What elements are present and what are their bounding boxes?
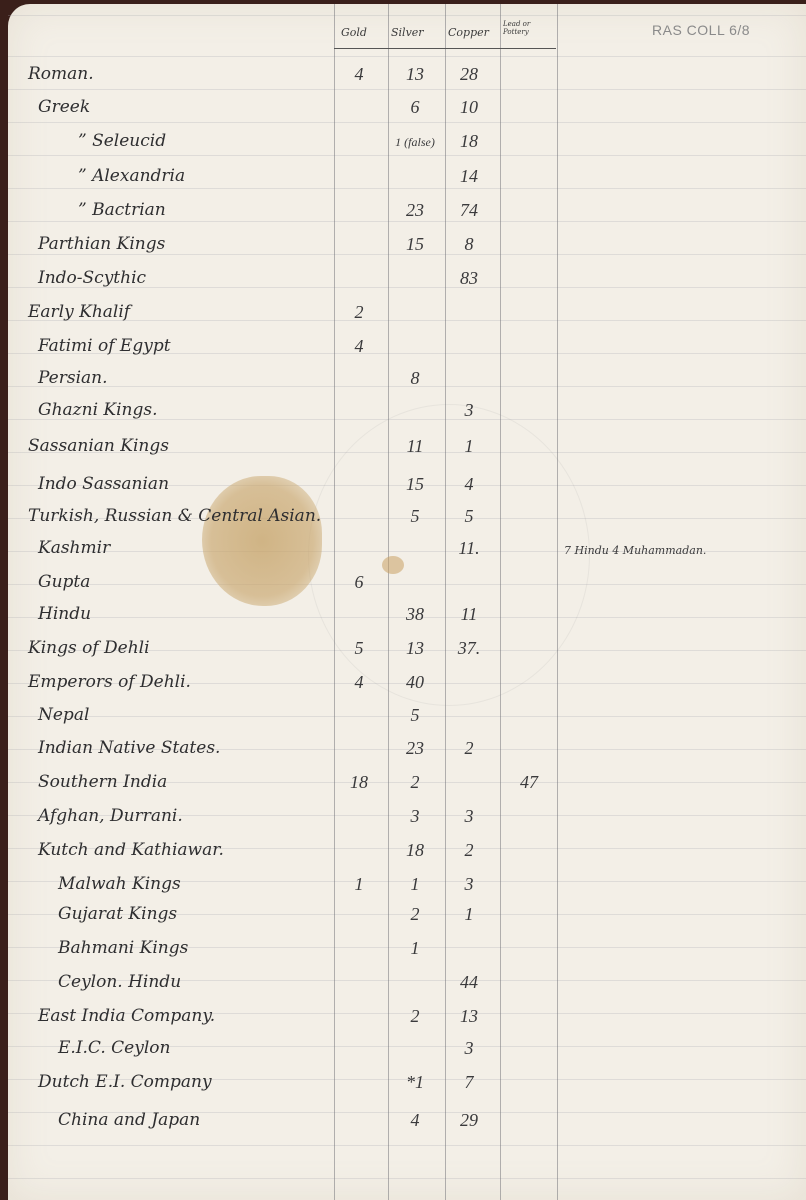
row-label: Nepal xyxy=(38,705,89,725)
cell-copper: 13 xyxy=(444,1006,494,1027)
cell-gold: 1 xyxy=(334,874,384,895)
row-label: ” Bactrian xyxy=(78,200,166,220)
row-label: Indo-Scythic xyxy=(38,268,146,288)
table-row: Kings of Dehli51337. xyxy=(8,638,806,668)
table-row: Emperors of Dehli.440 xyxy=(8,672,806,702)
archive-reference: RAS COLL 6/8 xyxy=(652,22,750,38)
table-row: Roman.41328 xyxy=(8,64,806,94)
cell-copper: 3 xyxy=(444,874,494,895)
table-row: Indo-Scythic83 xyxy=(8,268,806,298)
cell-copper: 3 xyxy=(444,806,494,827)
cell-silver: 5 xyxy=(390,705,440,726)
table-row: Persian.8 xyxy=(8,368,806,398)
cell-silver: 13 xyxy=(390,64,440,85)
manuscript-page: Gold Silver Copper Lead or Pottery RAS C… xyxy=(8,4,806,1200)
row-label: Indian Native States. xyxy=(38,738,220,758)
cell-gold: 6 xyxy=(334,572,384,593)
table-row: Southern India18247 xyxy=(8,772,806,802)
cell-silver: 13 xyxy=(390,638,440,659)
row-label: Ceylon. Hindu xyxy=(58,972,181,992)
column-header-gold: Gold xyxy=(341,26,367,39)
cell-copper: 8 xyxy=(444,234,494,255)
row-label: Kashmir xyxy=(38,538,110,558)
cell-silver: 1 xyxy=(390,938,440,959)
table-row: East India Company.213 xyxy=(8,1006,806,1036)
cell-copper: 37. xyxy=(444,638,494,659)
row-label: Dutch E.I. Company xyxy=(38,1072,212,1092)
table-row: Turkish, Russian & Central Asian.55 xyxy=(8,506,806,536)
cell-copper: 83 xyxy=(444,268,494,289)
cell-copper: 7 xyxy=(444,1072,494,1093)
table-row: Indo Sassanian154 xyxy=(8,474,806,504)
table-row: Sassanian Kings111 xyxy=(8,436,806,466)
cell-copper: 28 xyxy=(444,64,494,85)
row-label: ” Seleucid xyxy=(78,131,166,151)
row-label: E.I.C. Ceylon xyxy=(58,1038,170,1058)
row-label: Fatimi of Egypt xyxy=(38,336,171,356)
row-label: Turkish, Russian & Central Asian. xyxy=(28,506,321,526)
cell-silver: 23 xyxy=(390,200,440,221)
row-label: Greek xyxy=(38,97,90,117)
row-label: Southern India xyxy=(38,772,167,792)
table-row: Gupta6 xyxy=(8,572,806,602)
column-header-silver: Silver xyxy=(391,26,424,39)
cell-copper: 1 xyxy=(444,904,494,925)
column-header-copper: Copper xyxy=(448,26,489,39)
cell-silver: 11 xyxy=(390,436,440,457)
table-row: Ceylon. Hindu44 xyxy=(8,972,806,1002)
table-row: Fatimi of Egypt4 xyxy=(8,336,806,366)
cell-copper: 18 xyxy=(444,131,494,152)
cell-silver: 18 xyxy=(390,840,440,861)
cell-copper: 10 xyxy=(444,97,494,118)
row-label: Indo Sassanian xyxy=(38,474,169,494)
cell-silver: 15 xyxy=(390,234,440,255)
table-row: Early Khalif2 xyxy=(8,302,806,332)
table-row: Ghazni Kings.3 xyxy=(8,400,806,430)
cell-copper: 14 xyxy=(444,166,494,187)
table-row: China and Japan429 xyxy=(8,1110,806,1140)
row-note: 7 Hindu 4 Muhammadan. xyxy=(564,544,706,557)
table-row: E.I.C. Ceylon3 xyxy=(8,1038,806,1068)
cell-copper: 2 xyxy=(444,738,494,759)
cell-gold: 4 xyxy=(334,64,384,85)
table-row: ” Seleucid1 (false)18 xyxy=(8,131,806,161)
table-row: Gujarat Kings21 xyxy=(8,904,806,934)
cell-lead: 47 xyxy=(504,772,554,793)
cell-silver: 15 xyxy=(390,474,440,495)
table-row: ” Bactrian2374 xyxy=(8,200,806,230)
table-row: Indian Native States.232 xyxy=(8,738,806,768)
cell-gold: 18 xyxy=(334,772,384,793)
row-label: Ghazni Kings. xyxy=(38,400,158,420)
cell-gold: 2 xyxy=(334,302,384,323)
row-label: Persian. xyxy=(38,368,108,388)
table-row: ” Alexandria14 xyxy=(8,166,806,196)
row-label: China and Japan xyxy=(58,1110,200,1130)
row-label: Emperors of Dehli. xyxy=(28,672,191,692)
row-label: East India Company. xyxy=(38,1006,215,1026)
table-row: Kashmir11.7 Hindu 4 Muhammadan. xyxy=(8,538,806,568)
row-label: Roman. xyxy=(28,64,94,84)
cell-copper: 5 xyxy=(444,506,494,527)
row-label: Early Khalif xyxy=(28,302,130,322)
row-label: Parthian Kings xyxy=(38,234,165,254)
row-label: Bahmani Kings xyxy=(58,938,188,958)
cell-silver: 2 xyxy=(390,1006,440,1027)
row-label: Gupta xyxy=(38,572,90,592)
cell-copper: 11. xyxy=(444,538,494,559)
cell-copper: 3 xyxy=(444,400,494,421)
row-label: Hindu xyxy=(38,604,91,624)
cell-copper: 11 xyxy=(444,604,494,625)
cell-silver: 38 xyxy=(390,604,440,625)
row-label: Gujarat Kings xyxy=(58,904,177,924)
cell-silver: 4 xyxy=(390,1110,440,1131)
cell-silver: 8 xyxy=(390,368,440,389)
table-row: Dutch E.I. Company*17 xyxy=(8,1072,806,1102)
cell-copper: 44 xyxy=(444,972,494,993)
header-underline xyxy=(334,48,556,49)
cell-copper: 2 xyxy=(444,840,494,861)
table-row: Parthian Kings158 xyxy=(8,234,806,264)
cell-gold: 4 xyxy=(334,336,384,357)
cell-gold: 5 xyxy=(334,638,384,659)
cell-silver: *1 xyxy=(390,1072,440,1093)
table-row: Nepal5 xyxy=(8,705,806,735)
cell-copper: 3 xyxy=(444,1038,494,1059)
cell-silver: 1 (false) xyxy=(390,135,440,150)
table-row: Hindu3811 xyxy=(8,604,806,634)
cell-silver: 2 xyxy=(390,772,440,793)
row-label: Kings of Dehli xyxy=(28,638,150,658)
cell-silver: 3 xyxy=(390,806,440,827)
row-label: Malwah Kings xyxy=(58,874,181,894)
table-row: Kutch and Kathiawar.182 xyxy=(8,840,806,870)
table-row: Greek610 xyxy=(8,97,806,127)
cell-silver: 1 xyxy=(390,874,440,895)
cell-copper: 4 xyxy=(444,474,494,495)
cell-silver: 23 xyxy=(390,738,440,759)
row-label: Sassanian Kings xyxy=(28,436,169,456)
cell-silver: 6 xyxy=(390,97,440,118)
cell-gold: 4 xyxy=(334,672,384,693)
cell-silver: 2 xyxy=(390,904,440,925)
cell-copper: 74 xyxy=(444,200,494,221)
cell-silver: 40 xyxy=(390,672,440,693)
table-row: Afghan, Durrani.33 xyxy=(8,806,806,836)
row-label: Kutch and Kathiawar. xyxy=(38,840,224,860)
cell-copper: 1 xyxy=(444,436,494,457)
cell-copper: 29 xyxy=(444,1110,494,1131)
column-header-lead: Lead or Pottery xyxy=(503,20,553,36)
row-label: ” Alexandria xyxy=(78,166,185,186)
row-label: Afghan, Durrani. xyxy=(38,806,183,826)
table-row: Bahmani Kings1 xyxy=(8,938,806,968)
table-row: Malwah Kings113 xyxy=(8,874,806,904)
cell-silver: 5 xyxy=(390,506,440,527)
